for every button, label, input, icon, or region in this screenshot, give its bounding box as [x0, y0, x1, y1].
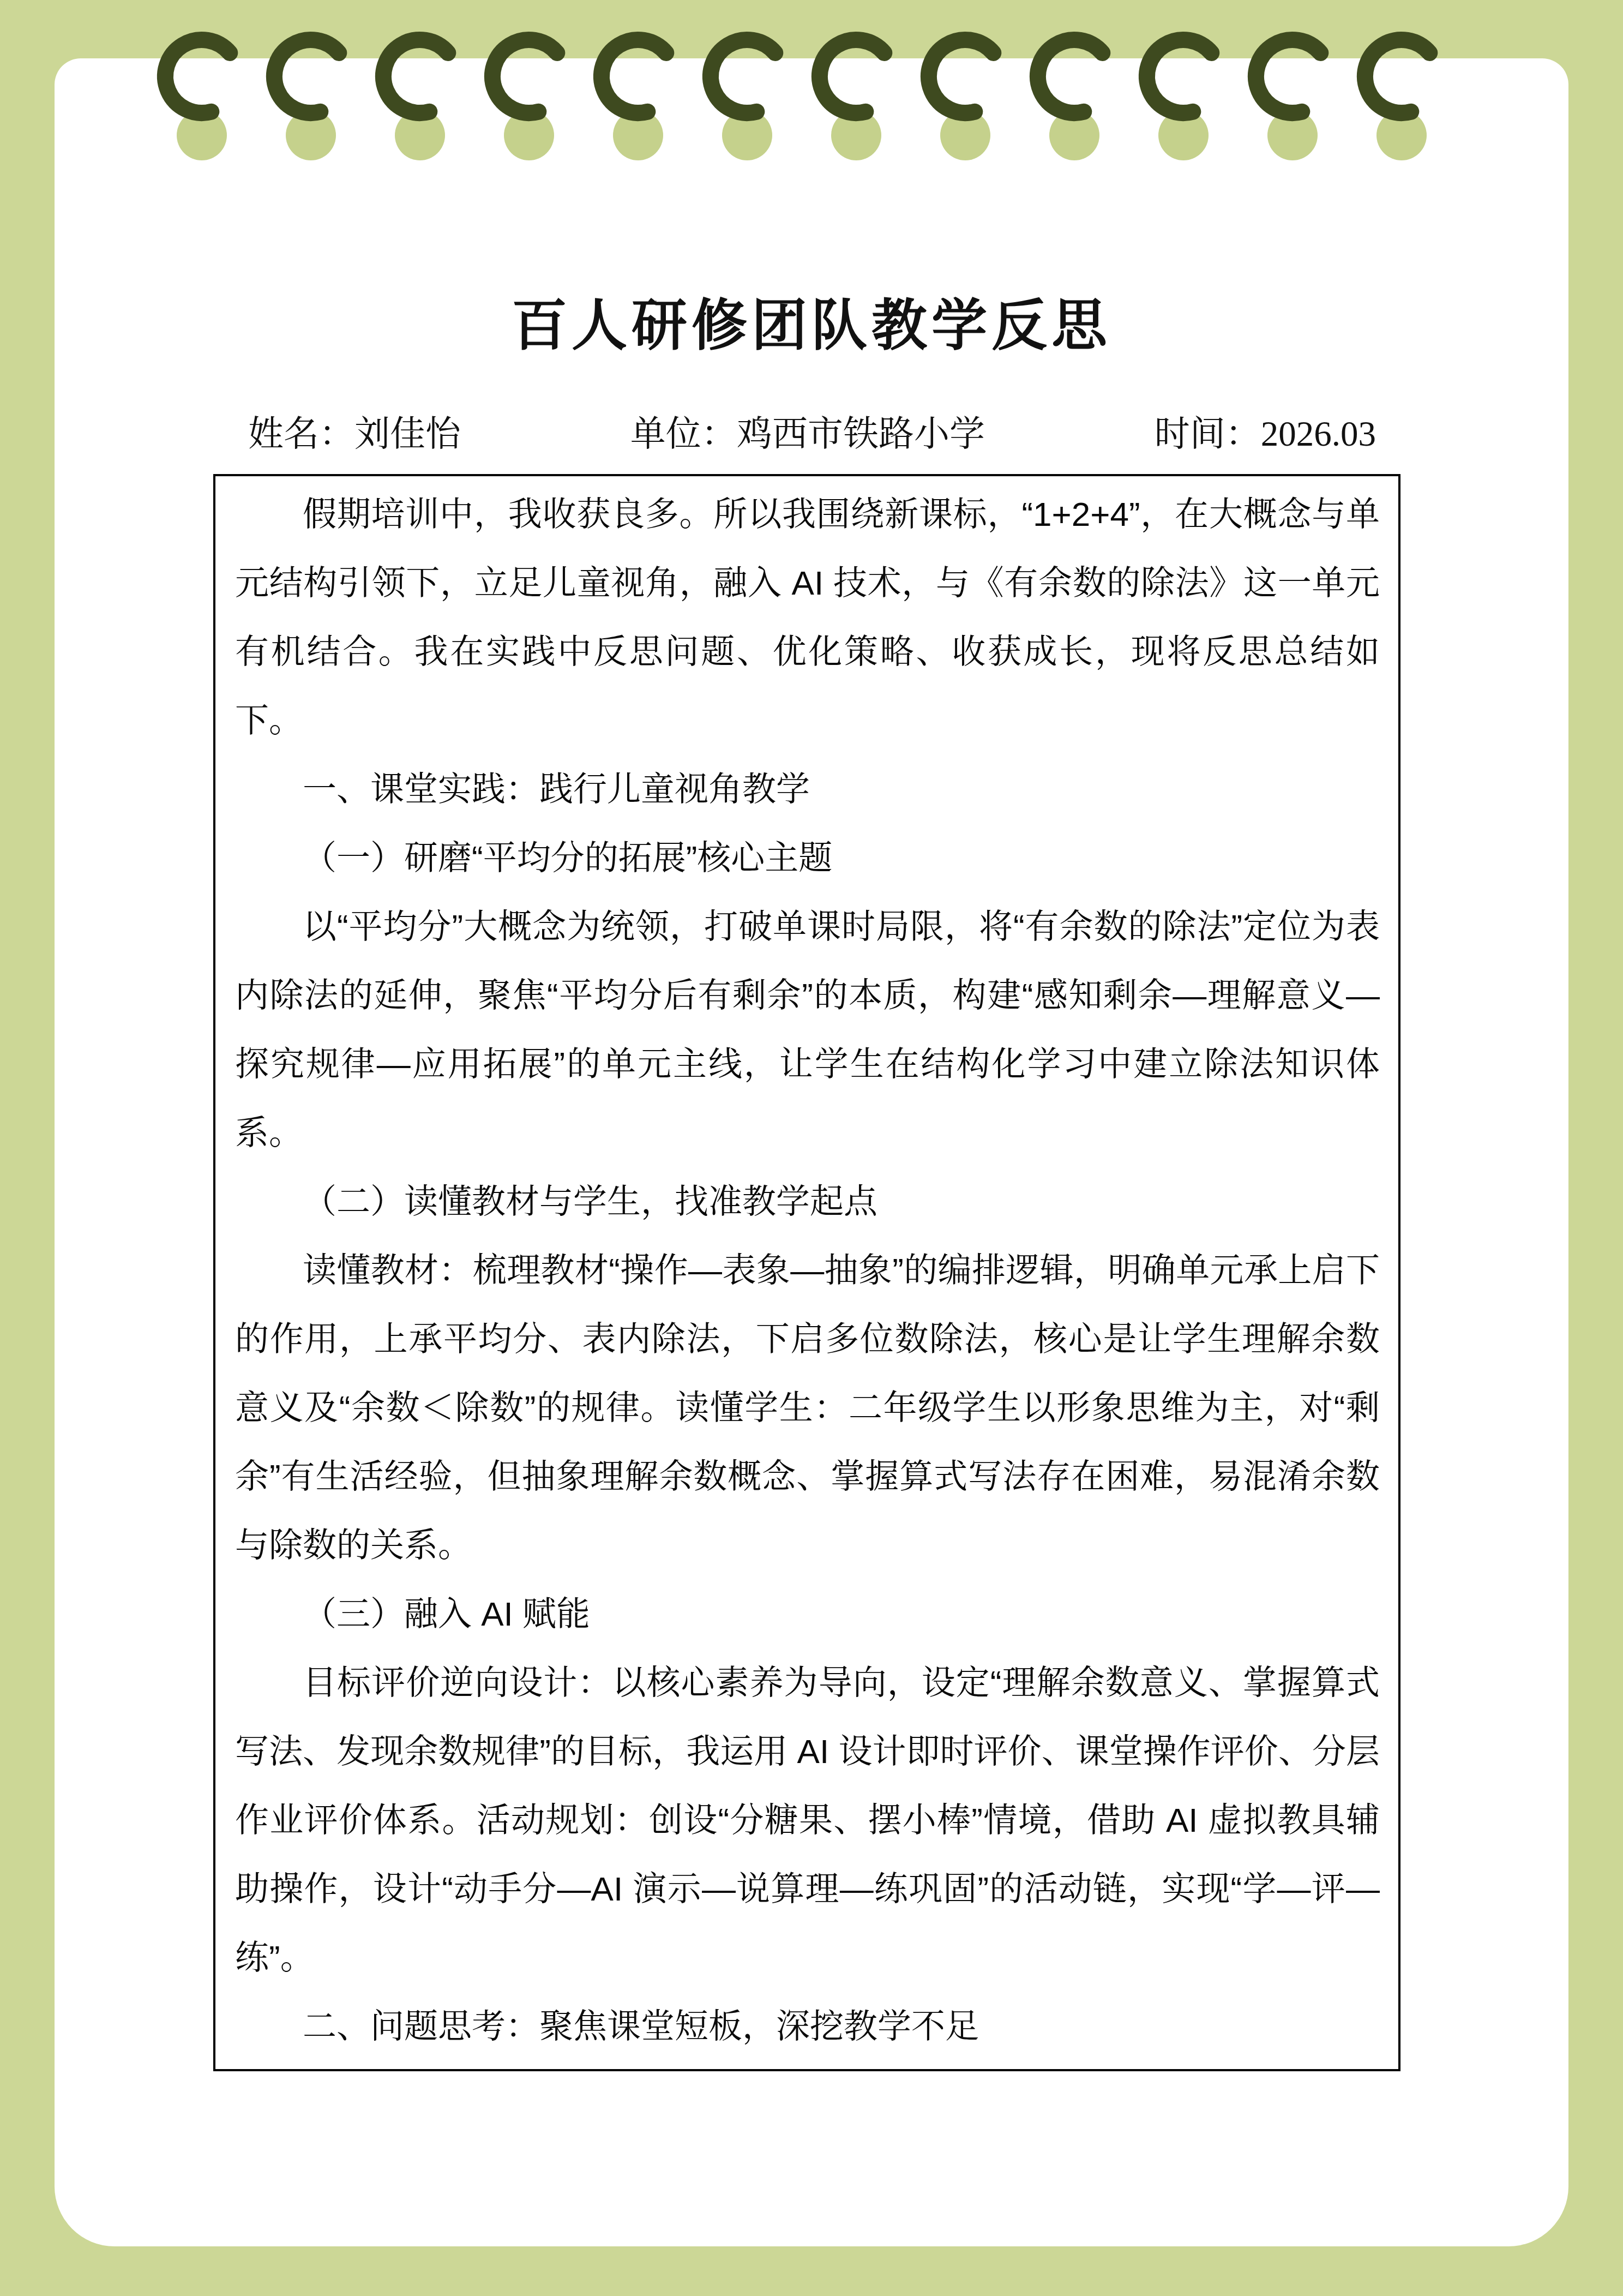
- unit-label: 单位：: [630, 415, 737, 454]
- name-label: 姓名：: [248, 415, 354, 454]
- unit-value: 鸡西市铁路小学: [737, 415, 985, 454]
- section-heading: （一）研磨“平均分的拓展”核心主题: [235, 824, 1380, 893]
- meta-row: 姓名：刘佳怡 单位：鸡西市铁路小学 时间：2026.03: [248, 405, 1376, 456]
- binder-coil-icon: [1256, 40, 1320, 113]
- binder-coil-icon: [1038, 40, 1102, 113]
- section-heading: （二）读懂教材与学生，找准教学起点: [235, 1168, 1380, 1237]
- unit-field: 单位：鸡西市铁路小学: [630, 405, 985, 456]
- spiral-binding-svg: [0, 0, 1623, 185]
- binder-coil-icon: [929, 40, 993, 113]
- name-value: 刘佳怡: [354, 415, 461, 454]
- spiral-binding: [0, 0, 1623, 185]
- binder-coil-icon: [165, 40, 230, 113]
- time-value: 2026.03: [1261, 415, 1376, 454]
- body-paragraph: 读懂教材：梳理教材“操作—表象—抽象”的编排逻辑，明确单元承上启下的作用，上承平…: [235, 1237, 1380, 1580]
- document-canvas: { "document": { "title": "百人研修团队教学反思", "…: [0, 0, 1623, 2296]
- binder-coil-icon: [492, 40, 557, 113]
- section-heading: （三）融入 AI 赋能: [235, 1580, 1380, 1649]
- body-paragraph: 以“平均分”大概念为统领，打破单课时局限，将“有余数的除法”定位为表内除法的延伸…: [235, 893, 1380, 1168]
- reflection-text-box: 假期培训中，我收获良多。所以我围绕新课标，“1+2+4”，在大概念与单元结构引领…: [213, 474, 1400, 2071]
- name-field: 姓名：刘佳怡: [248, 405, 461, 456]
- page-title: 百人研修团队教学反思: [0, 281, 1623, 361]
- section-heading: 一、课堂实践：践行儿童视角教学: [235, 756, 1380, 824]
- time-field: 时间：2026.03: [1155, 405, 1376, 456]
- section-heading: 二、问题思考：聚焦课堂短板，深挖教学不足: [235, 1993, 1380, 2061]
- binder-coil-icon: [383, 40, 448, 113]
- time-label: 时间：: [1155, 415, 1261, 454]
- body-paragraph: 目标评价逆向设计：以核心素养为导向，设定“理解余数意义、掌握算式写法、发现余数规…: [235, 1649, 1380, 1993]
- binder-coil-icon: [820, 40, 884, 113]
- binder-coil-icon: [1147, 40, 1211, 113]
- binder-coil-icon: [711, 40, 775, 113]
- binder-coil-icon: [602, 40, 666, 113]
- body-paragraph: 假期培训中，我收获良多。所以我围绕新课标，“1+2+4”，在大概念与单元结构引领…: [235, 481, 1380, 756]
- binder-coil-icon: [274, 40, 339, 113]
- binder-coil-icon: [1365, 40, 1429, 113]
